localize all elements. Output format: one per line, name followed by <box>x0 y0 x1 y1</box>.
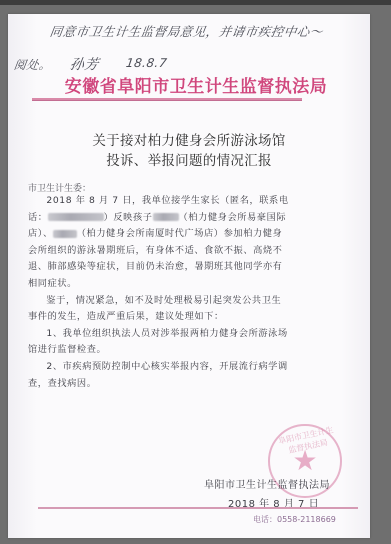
document-title: 关于接对柏力健身会所游泳场馆 投诉、举报问题的情况汇报 <box>8 131 370 171</box>
redacted-phone <box>48 213 104 221</box>
action-item-2: 2、市疾病预防控制中心核实举报内容，开展流行病学调查，查找病因。 <box>28 359 290 392</box>
handwritten-signature: 孙芳 <box>69 54 101 74</box>
document-body: 2018 年 8 月 7 日，我单位接学生家长（匿名，联系电话：）反映孩子（柏力… <box>28 193 290 392</box>
window-top-bar <box>0 0 391 5</box>
seal-star-icon: ★ <box>270 444 340 477</box>
handwritten-instruction: 同意市卫生计生监督局意见，并请市疾控中心～ <box>49 22 325 40</box>
handwritten-date: 18.8.7 <box>125 56 168 70</box>
paragraph-recommendation: 鉴于，情况紧急，如不及时处理极易引起突发公共卫生事件的发生，造成严重后果，建议处… <box>28 293 290 326</box>
action-item-1: 1、我单位组织执法人员对涉举报两柏力健身会所游泳场馆进行监督检查。 <box>28 326 290 359</box>
title-line-1: 关于接对柏力健身会所游泳场馆 <box>8 131 370 151</box>
footer-phone: 电话：0558-2118669 <box>253 514 336 525</box>
footer-rule <box>38 507 358 509</box>
letterhead-rule <box>32 98 302 101</box>
signoff-organization: 阜阳市卫生计生监督执法局 <box>204 476 330 491</box>
complaint-text-b: ）反映孩子 <box>104 212 153 223</box>
paragraph-complaint: 2018 年 8 月 7 日，我单位接学生家长（匿名，联系电话：）反映孩子（柏力… <box>28 193 290 293</box>
title-line-2: 投诉、举报问题的情况汇报 <box>8 151 370 171</box>
redacted-child-name-1 <box>153 213 179 221</box>
agency-letterhead: 安徽省阜阳市卫生计生监督执法局 <box>56 72 336 97</box>
handwritten-instruction-cont: 阅处。 <box>13 56 53 73</box>
redacted-child-name-2 <box>53 230 77 238</box>
scanned-document-page: 同意市卫生计生监督局意见，并请市疾控中心～ 阅处。 孙芳 18.8.7 安徽省阜… <box>8 14 370 538</box>
